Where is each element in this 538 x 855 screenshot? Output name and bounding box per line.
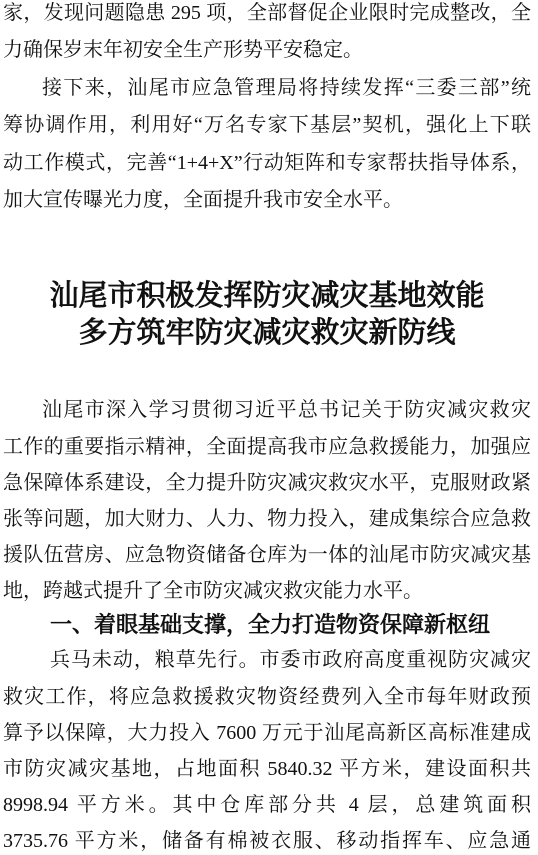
text-line: 地，跨越式提升了全市防灾减灾救灾能力水平。 — [3, 573, 531, 609]
para-next-steps: 接下来，汕尾市应急管理局将持续发挥“三委三部”统筹协调作用，利用好“万名专家下基… — [3, 70, 531, 220]
title-line: 多方筑牢防灾减灾救灾新防线 — [3, 315, 531, 352]
text-line: 救灾工作，将应急救援救灾物资经费列入全市每年财政预 — [3, 679, 531, 715]
text-line: 力确保岁末年初安全生产形势平安稳定。 — [3, 32, 531, 69]
document-page: 家，发现问题隐患 295 项，全部督促企业限时完成整改，全力确保岁末年初安全生产… — [0, 0, 538, 855]
text-line: 加大宣传曝光力度，全面提升我市安全水平。 — [3, 182, 531, 219]
para-disaster-base-intro: 汕尾市深入学习贯彻习近平总书记关于防灾减灾救灾工作的重要指示精神，全面提高我市应… — [3, 392, 531, 609]
para-inspection-results-continued: 家，发现问题隐患 295 项，全部督促企业限时完成整改，全力确保岁末年初安全生产… — [3, 0, 531, 70]
text-line: 算予以保障，大力投入 7600 万元于汕尾高新区高标准建成 — [3, 715, 531, 751]
heading-line: 一、着眼基础支撑，全力打造物资保障新枢纽 — [3, 607, 531, 643]
text-line: 工作的重要指示精神，全面提高我市应急救援能力，加强应 — [3, 429, 531, 465]
text-line: 筹协调作用，利用好“万名专家下基层”契机，强化上下联 — [3, 107, 531, 144]
text-line: 汕尾市深入学习贯彻习近平总书记关于防灾减灾救灾 — [3, 392, 531, 428]
text-line: 家，发现问题隐患 295 项，全部督促企业限时完成整改，全 — [3, 0, 531, 32]
text-line: 8998.94 平方米。其中仓库部分共 4 层，总建筑面积 — [3, 787, 531, 823]
text-line: 3735.76 平方米，储备有棉被衣服、移动指挥车、应急通 — [3, 823, 531, 855]
text-line: 兵马未动，粮草先行。市委市政府高度重视防灾减灾 — [3, 642, 531, 678]
title-line: 汕尾市积极发挥防灾减灾基地效能 — [3, 278, 531, 315]
text-line: 市防灾减灾基地，占地面积 5840.32 平方米，建设面积共 — [3, 751, 531, 787]
section-heading-1: 一、着眼基础支撑，全力打造物资保障新枢纽 — [3, 607, 531, 643]
document-content: 家，发现问题隐患 295 项，全部督促企业限时完成整改，全力确保岁末年初安全生产… — [0, 0, 538, 855]
text-line: 动工作模式，完善“1+4+X”行动矩阵和专家帮扶指导体系， — [3, 145, 531, 182]
article-title: 汕尾市积极发挥防灾减灾基地效能多方筑牢防灾减灾救灾新防线 — [3, 278, 531, 352]
text-line: 张等问题，加大财力、人力、物力投入，建成集综合应急救 — [3, 501, 531, 537]
para-material-support-hub: 兵马未动，粮草先行。市委市政府高度重视防灾减灾救灾工作，将应急救援救灾物资经费列… — [3, 642, 531, 855]
text-line: 援队伍营房、应急物资储备仓库为一体的汕尾市防灾减灾基 — [3, 537, 531, 573]
text-line: 接下来，汕尾市应急管理局将持续发挥“三委三部”统 — [3, 70, 531, 107]
text-line: 急保障体系建设，全力提升防灾减灾救灾水平，克服财政紧 — [3, 465, 531, 501]
